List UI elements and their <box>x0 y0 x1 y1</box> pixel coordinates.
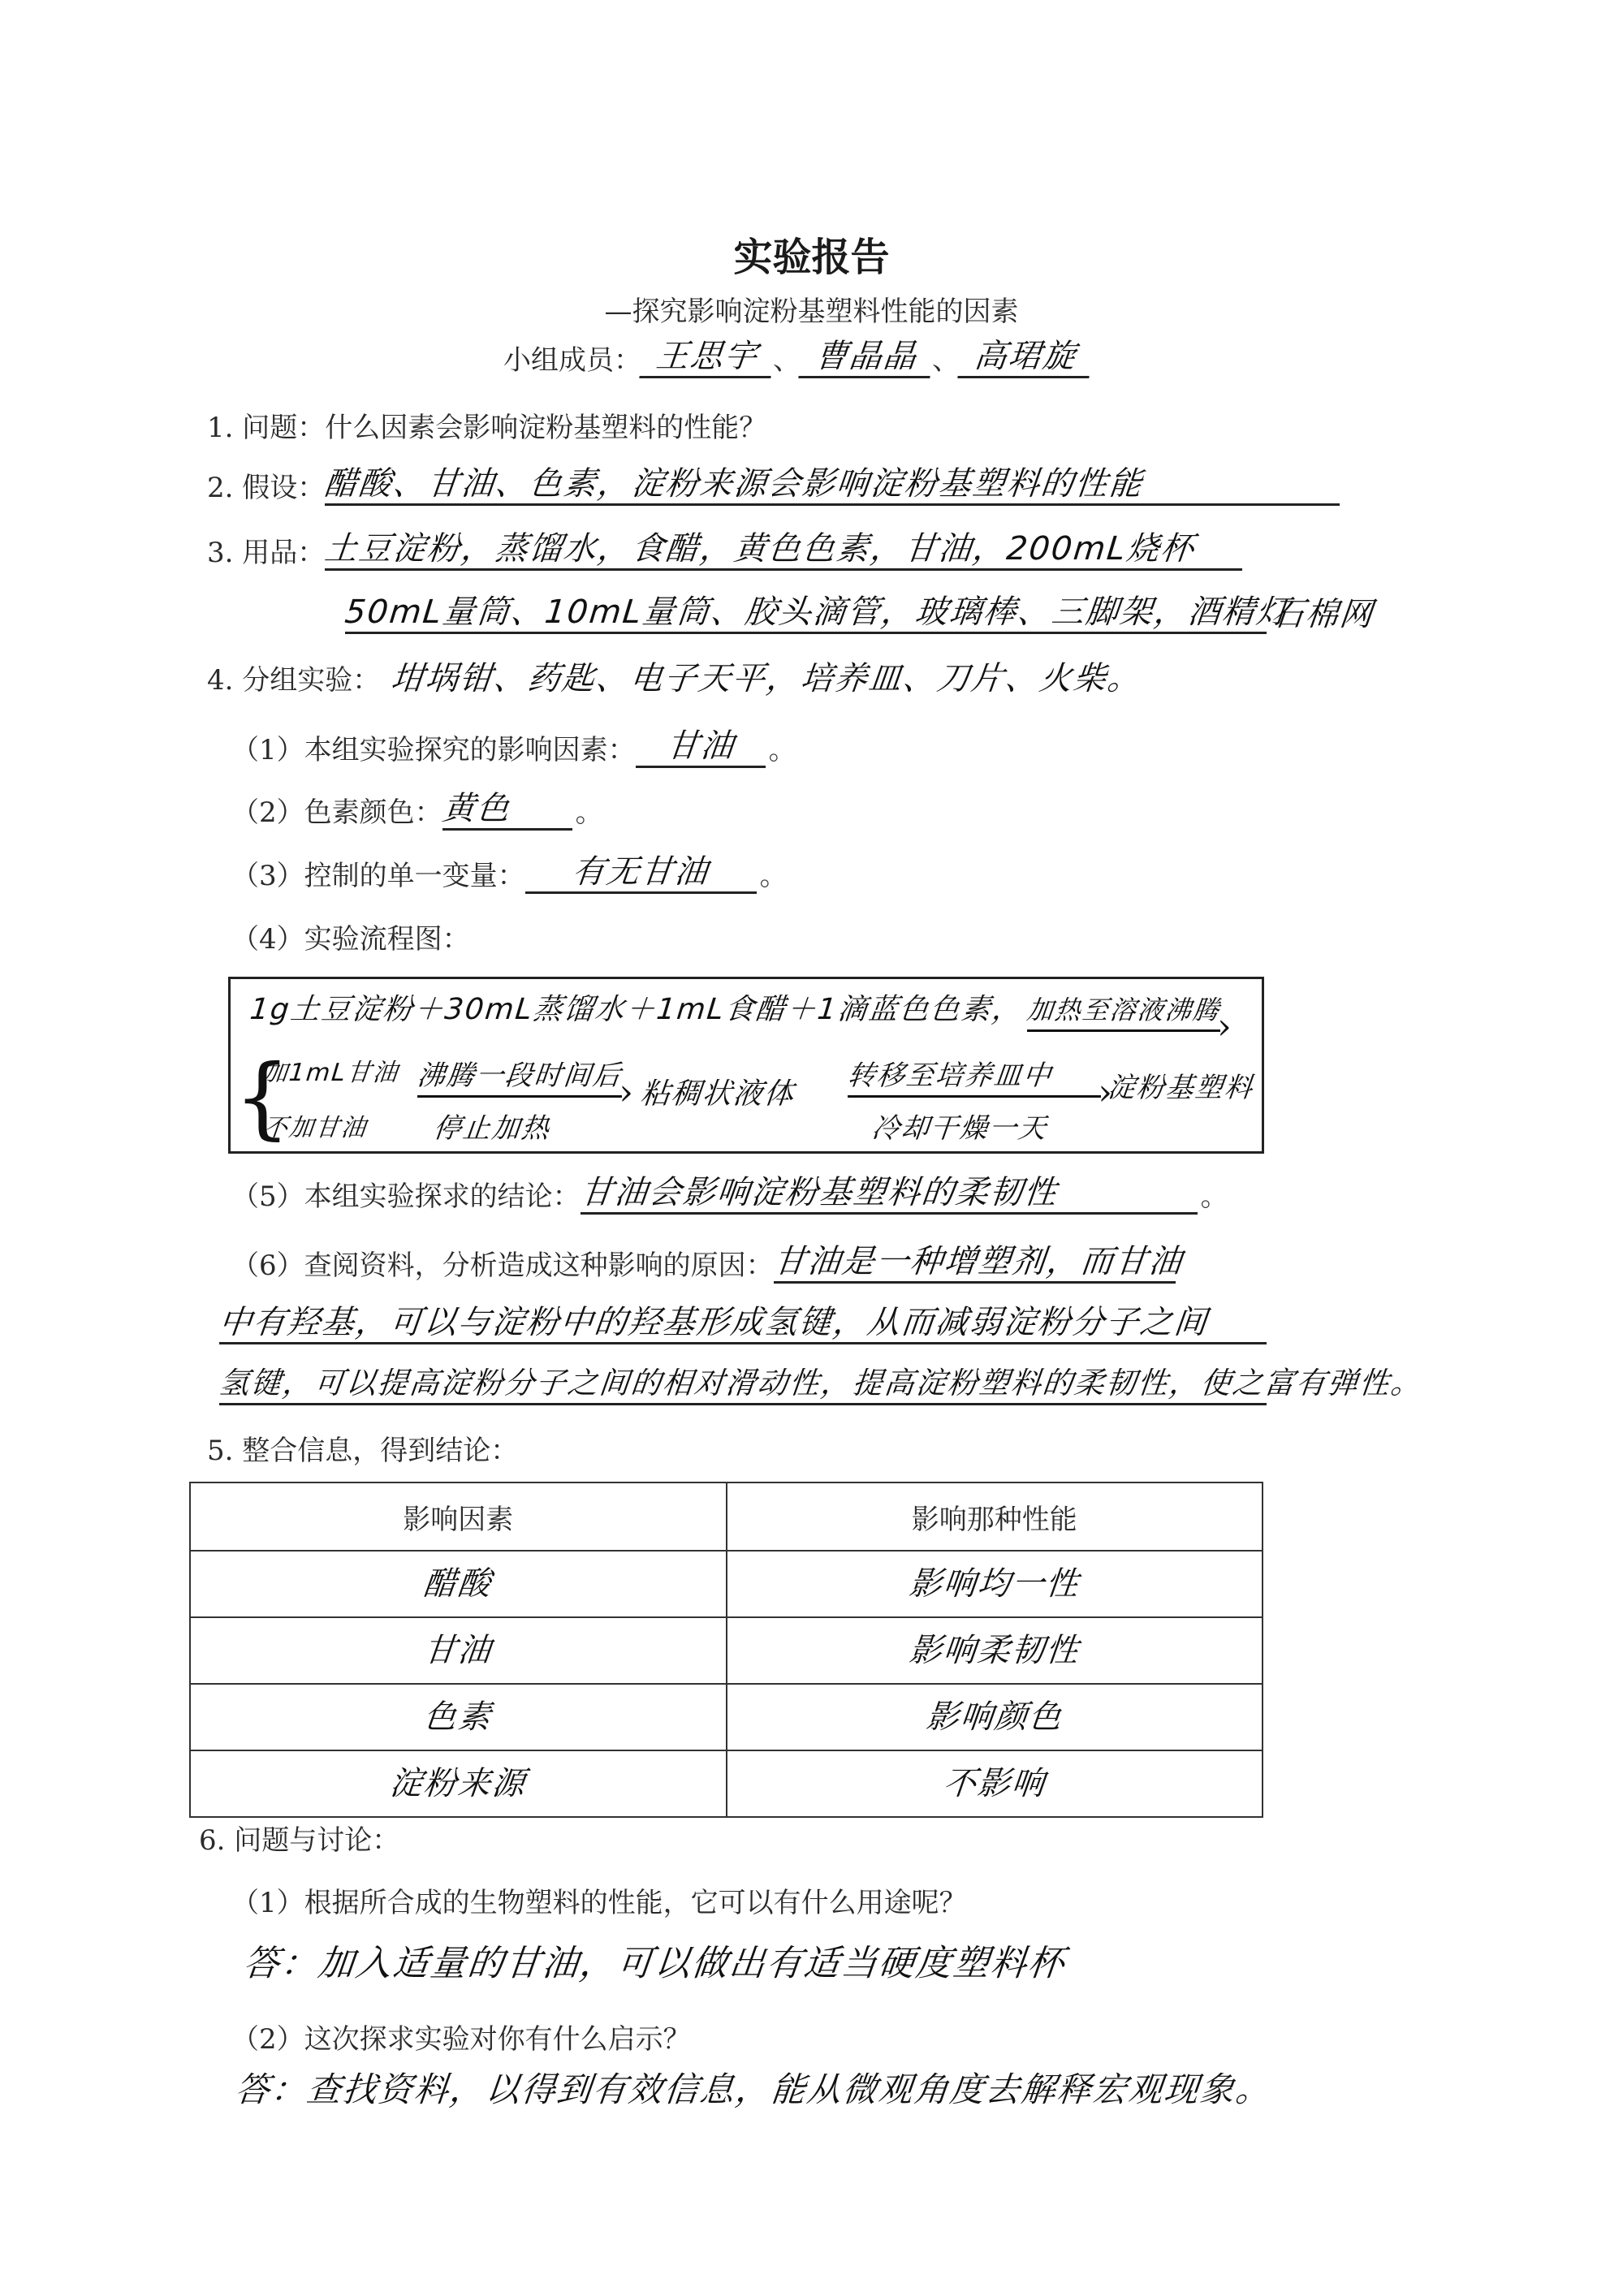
conclusion-answer-line: 甘油会影响淀粉基塑料的柔韧性 <box>581 1173 1198 1215</box>
period: 。 <box>769 732 796 768</box>
question-text: （2）这次探求实验对你有什么启示？ <box>231 2022 691 2057</box>
factor-answer: 甘油 <box>664 727 736 766</box>
period: 。 <box>760 858 788 894</box>
flow-step-2: 转移至培养皿中 <box>848 1056 1101 1098</box>
flow-line-1: 1g土豆淀粉＋30mL蒸馏水＋1mL食醋＋1滴蓝色色素， 加热至溶液沸腾 <box>250 990 1220 1032</box>
question-text: 什么因素会影响淀粉基塑料的性能？ <box>325 410 766 446</box>
flow-result-2: 淀粉基塑料 <box>1107 1068 1254 1107</box>
step1-bottom: 停止加热 <box>431 1109 552 1148</box>
flow-branch-a: 加1mL甘油 <box>263 1054 399 1093</box>
separator: 、 <box>773 343 801 378</box>
step2-bottom: 冷却干燥一天 <box>870 1109 1049 1148</box>
hypothesis-answer-line: 醋酸、甘油、色素，淀粉来源会影响淀粉基塑料的性能 <box>325 464 1340 506</box>
flow-step-2-bottom: 冷却干燥一天 <box>872 1109 1047 1148</box>
cell-text: 淀粉来源 <box>388 1764 529 1803</box>
reason-answer: 中有羟基，可以与淀粉中的羟基形成氢键，从而减弱淀粉分子之间 <box>217 1303 1210 1342</box>
property-cell: 影响柔韧性 <box>727 1617 1263 1684</box>
subquestion-label: （4）实验流程图： <box>231 921 470 957</box>
cell-text: 影响颜色 <box>924 1698 1064 1737</box>
section-label: 4. 分组实验： <box>207 662 380 698</box>
flow-heat-step: 加热至溶液沸腾 <box>1025 990 1222 1029</box>
table-row: 醋酸 影响均一性 <box>190 1551 1263 1617</box>
question-text: （1）根据所合成的生物塑料的性能，它可以有什么用途呢？ <box>231 1885 967 1921</box>
member-name: 曹晶晶 <box>798 337 934 378</box>
subquestion-label: （5）本组实验探求的结论： <box>231 1179 581 1215</box>
result1-label: 粘稠状液体 <box>638 1075 796 1114</box>
property-cell: 影响颜色 <box>727 1684 1263 1750</box>
factor-cell: 醋酸 <box>190 1551 727 1617</box>
reason-line-3: 氢键，可以提高淀粉分子之间的相对滑动性，提高淀粉塑料的柔韧性，使之富有弹性。 <box>219 1364 1267 1405</box>
subquestion-reason: （6）查阅资料，分析造成这种影响的原因： 甘油是一种增塑剂，而甘油 <box>231 1242 1176 1284</box>
members-label: 小组成员： <box>503 343 641 378</box>
subquestion-variable: （3）控制的单一变量： 有无甘油 。 <box>231 852 788 894</box>
result2-label: 淀粉基塑料 <box>1105 1068 1255 1107</box>
pigment-answer: 黄色 <box>440 789 512 828</box>
answer-text: 答：加入适量的甘油，可以做出有适当硬度塑料杯 <box>241 1944 1067 1983</box>
report-title: 实验报告 <box>0 226 1623 282</box>
period: 。 <box>1201 1179 1228 1215</box>
reason-answer: 甘油是一种增塑剂，而甘油 <box>771 1242 1185 1281</box>
section-question: 1. 问题： 什么因素会影响淀粉基塑料的性能？ <box>207 410 766 446</box>
subquestion-flowchart: （4）实验流程图： <box>231 921 470 957</box>
materials-continued: 50mL量筒、10mL量筒、胶头滴管，玻璃棒、三脚架，酒精灯 石棉网 <box>345 593 1374 634</box>
flow-step-1-bottom: 停止加热 <box>434 1109 550 1148</box>
separator: 、 <box>932 343 960 378</box>
section-label: 5. 整合信息，得到结论： <box>207 1433 518 1469</box>
reason-line-2: 中有羟基，可以与淀粉中的羟基形成氢键，从而减弱淀粉分子之间 <box>219 1303 1267 1344</box>
discussion-question-2: （2）这次探求实验对你有什么启示？ <box>231 2022 691 2057</box>
flowchart-box: 1g土豆淀粉＋30mL蒸馏水＋1mL食醋＋1滴蓝色色素， 加热至溶液沸腾 { 加… <box>228 977 1264 1154</box>
cell-text: 醋酸 <box>422 1564 494 1603</box>
table-row: 淀粉来源 不影响 <box>190 1750 1263 1817</box>
materials-line-2: 50mL量筒、10mL量筒、胶头滴管，玻璃棒、三脚架，酒精灯 <box>345 593 1267 634</box>
pigment-answer-line: 黄色 <box>442 789 572 831</box>
subquestion-label: （6）查阅资料，分析造成这种影响的原因： <box>231 1248 774 1284</box>
factor-cell: 甘油 <box>190 1617 727 1684</box>
summary-table: 影响因素 影响那种性能 醋酸 影响均一性 甘油 影响柔韧性 色素 影响颜色 淀粉… <box>189 1482 1263 1818</box>
factor-cell: 色素 <box>190 1684 727 1750</box>
hypothesis-answer: 醋酸、甘油、色素，淀粉来源会影响淀粉基塑料的性能 <box>323 464 1146 503</box>
branch-b-label: 不加甘油 <box>261 1109 369 1148</box>
flow-step-1: 沸腾一段时间后 <box>417 1056 622 1098</box>
materials-overflow: 石棉网 <box>1269 595 1375 634</box>
subquestion-pigment: （2）色素颜色： 黄色 。 <box>231 789 603 831</box>
subquestion-factor: （1）本组实验探究的影响因素： 甘油 。 <box>231 727 796 768</box>
answer-text: 答：查找资料，以得到有效信息，能从微观角度去解释宏观现象。 <box>233 2070 1273 2109</box>
step1-top: 沸腾一段时间后 <box>415 1056 624 1095</box>
subquestion-label: （1）本组实验探究的影响因素： <box>231 732 636 768</box>
discussion-answer-2: 答：查找资料，以得到有效信息，能从微观角度去解释宏观现象。 <box>235 2070 1271 2109</box>
cell-text: 甘油 <box>422 1631 494 1670</box>
period: 。 <box>576 795 603 831</box>
property-cell: 影响均一性 <box>727 1551 1263 1617</box>
cell-text: 色素 <box>422 1698 494 1737</box>
flow-result-1: 粘稠状液体 <box>641 1075 795 1114</box>
flow-arrow: 沸腾一段时间后 <box>417 1056 622 1098</box>
subquestion-label: （2）色素颜色： <box>231 795 442 831</box>
member-name: 王思宇 <box>639 337 775 378</box>
section-label: 6. 问题与讨论： <box>199 1823 399 1858</box>
section-label: 3. 用品： <box>207 535 325 571</box>
section-hypothesis: 2. 假设： 醋酸、甘油、色素，淀粉来源会影响淀粉基塑料的性能 <box>207 464 1340 506</box>
conclusion-answer: 甘油会影响淀粉基塑料的柔韧性 <box>578 1173 1060 1212</box>
cell-text: 不影响 <box>941 1764 1047 1803</box>
discussion-answer-1: 答：加入适量的甘油，可以做出有适当硬度塑料杯 <box>244 1944 1065 1983</box>
factor-cell: 淀粉来源 <box>190 1750 727 1817</box>
variable-answer-line: 有无甘油 <box>525 852 757 894</box>
cell-text: 影响均一性 <box>907 1564 1081 1603</box>
section-summary: 5. 整合信息，得到结论： <box>207 1433 518 1469</box>
property-cell: 不影响 <box>727 1750 1263 1817</box>
table-row: 甘油 影响柔韧性 <box>190 1617 1263 1684</box>
flow-arrow: 转移至培养皿中 <box>848 1056 1101 1098</box>
column-header: 影响那种性能 <box>727 1482 1263 1551</box>
factor-answer-line: 甘油 <box>636 727 766 768</box>
section-label: 1. 问题： <box>207 410 325 446</box>
section-label: 2. 假设： <box>207 470 325 506</box>
subquestion-label: （3）控制的单一变量： <box>231 858 525 894</box>
branch-a-label: 加1mL甘油 <box>261 1054 400 1093</box>
discussion-question-1: （1）根据所合成的生物塑料的性能，它可以有什么用途呢？ <box>231 1885 967 1921</box>
member-name: 高珺旋 <box>957 337 1093 378</box>
step2-top: 转移至培养皿中 <box>845 1056 1054 1095</box>
subquestion-conclusion: （5）本组实验探求的结论： 甘油会影响淀粉基塑料的柔韧性 。 <box>231 1173 1228 1215</box>
materials-line-1: 土豆淀粉，蒸馏水，食醋，黄色色素，甘油，200mL烧杯 <box>325 529 1242 571</box>
column-header: 影响因素 <box>190 1482 727 1551</box>
flow-branch-b: 不加甘油 <box>263 1109 367 1148</box>
variable-answer: 有无甘油 <box>571 852 711 891</box>
reason-answer-line-1: 甘油是一种增塑剂，而甘油 <box>774 1242 1176 1284</box>
section-discussion: 6. 问题与讨论： <box>199 1823 399 1858</box>
flow-arrow: 加热至溶液沸腾 <box>1027 990 1220 1032</box>
cell-text: 影响柔韧性 <box>907 1631 1081 1670</box>
team-members: 小组成员： 王思宇 、 曹晶晶 、 高珺旋 <box>503 337 1091 378</box>
table-row: 色素 影响颜色 <box>190 1684 1263 1750</box>
section-materials: 3. 用品： 土豆淀粉，蒸馏水，食醋，黄色色素，甘油，200mL烧杯 <box>207 529 1242 571</box>
group-experiment-answer: 坩埚钳、药匙、电子天平，培养皿、刀片、火柴。 <box>390 659 1144 698</box>
section-group-experiment: 4. 分组实验： 坩埚钳、药匙、电子天平，培养皿、刀片、火柴。 <box>207 659 1142 698</box>
report-subtitle: —探究影响淀粉基塑料性能的因素 <box>0 294 1623 330</box>
materials-text: 50mL量筒、10mL量筒、胶头滴管，玻璃棒、三脚架，酒精灯 <box>343 593 1292 632</box>
table-header-row: 影响因素 影响那种性能 <box>190 1482 1263 1551</box>
materials-text: 土豆淀粉，蒸馏水，食醋，黄色色素，甘油，200mL烧杯 <box>323 529 1198 568</box>
flow-ingredients: 1g土豆淀粉＋30mL蒸馏水＋1mL食醋＋1滴蓝色色素， <box>248 990 1025 1029</box>
reason-answer: 氢键，可以提高淀粉分子之间的相对滑动性，提高淀粉塑料的柔韧性，使之富有弹性。 <box>217 1364 1424 1403</box>
